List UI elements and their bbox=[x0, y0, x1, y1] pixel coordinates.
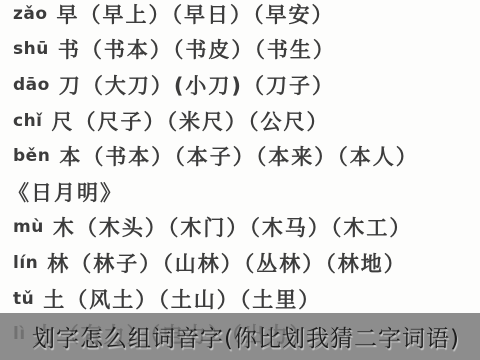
hanzi-character: 本 bbox=[59, 141, 82, 171]
pinyin-label: mù bbox=[13, 217, 44, 237]
word-line: lín 林 （林子）（山林）（丛林）（林地） bbox=[0, 245, 480, 281]
screenshot-root: zǎo 早 （早上）（早日）（早安） shū 书 （书本）（书皮）（书生） dā… bbox=[0, 0, 480, 360]
hanzi-character: 木 bbox=[53, 212, 76, 242]
word-groups: （风土）（土山）（土里） bbox=[66, 284, 321, 314]
word-line: shū 书 （书本）（书皮）（书生） bbox=[0, 32, 480, 68]
word-line: mù 木 （木头）（木门）（木马）（木工） bbox=[0, 210, 480, 246]
pinyin-label: zǎo bbox=[13, 4, 48, 24]
word-groups: （书本）（书皮）（书生） bbox=[81, 34, 336, 64]
pinyin-label: dāo bbox=[13, 75, 50, 95]
hanzi-character: 土 bbox=[43, 284, 66, 314]
hanzi-character: 早 bbox=[57, 0, 80, 29]
pinyin-label: lín bbox=[13, 253, 38, 273]
word-groups: （早上）（早日）（早安） bbox=[80, 0, 335, 29]
pinyin-label: chǐ bbox=[13, 111, 43, 131]
hanzi-character: 书 bbox=[58, 34, 81, 64]
pinyin-label: shū bbox=[13, 39, 49, 59]
word-line: běn 本 （书本）（本子）（本来）（本人） bbox=[0, 138, 480, 174]
word-groups: （尺子）（米尺）（公尺） bbox=[75, 106, 330, 136]
word-groups: （木头）（木门）（木马）（木工） bbox=[76, 212, 413, 242]
caption-title: 划字怎么组词音字(你比划我猜二字词语) bbox=[32, 320, 460, 353]
hanzi-character: 刀 bbox=[59, 70, 82, 100]
caption-bar: 划字怎么组词音字(你比划我猜二字词语) bbox=[0, 313, 480, 360]
word-groups: （书本）（本子）（本来）（本人） bbox=[82, 141, 419, 171]
word-line: chǐ 尺 （尺子）（米尺）（公尺） bbox=[0, 103, 480, 139]
pinyin-label: běn bbox=[13, 146, 50, 166]
pinyin-label: tǔ bbox=[13, 289, 34, 309]
hanzi-character: 林 bbox=[47, 248, 70, 278]
word-line: tǔ 土 （风土）（土山）（土里） bbox=[0, 281, 480, 317]
word-line: dāo 刀 （大刀）(小刀)（刀子） bbox=[0, 67, 480, 103]
word-line: zǎo 早 （早上）（早日）（早安） bbox=[0, 0, 480, 32]
word-groups: （林子）（山林）（丛林）（林地） bbox=[70, 248, 407, 278]
lesson-title: 《日月明》 bbox=[0, 174, 480, 210]
word-list: zǎo 早 （早上）（早日）（早安） shū 书 （书本）（书皮）（书生） dā… bbox=[0, 0, 480, 352]
hanzi-character: 尺 bbox=[52, 106, 75, 136]
word-groups: （大刀）(小刀)（刀子） bbox=[82, 70, 335, 100]
